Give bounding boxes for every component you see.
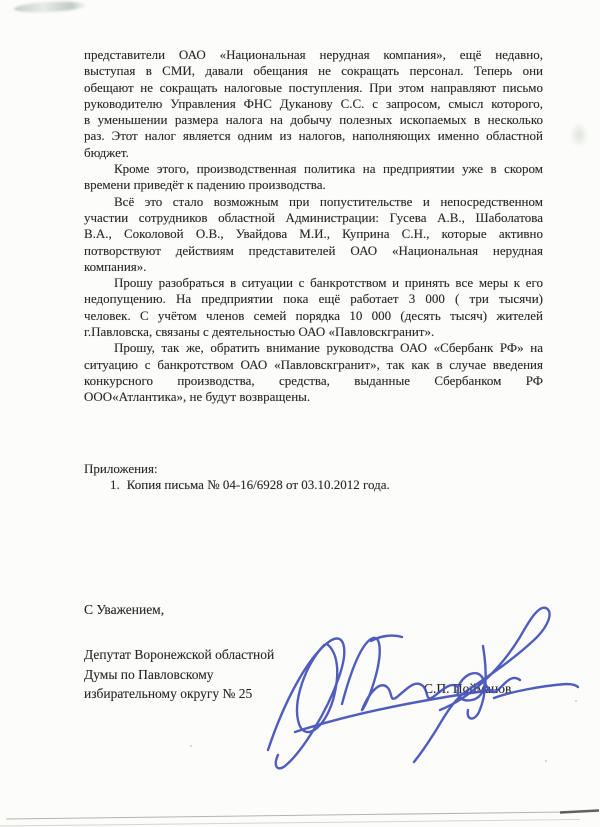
scan-speck — [575, 700, 577, 702]
signer-role-line: избирательному округу № 25 — [84, 684, 344, 704]
attachments-title: Приложения: — [84, 461, 554, 477]
scanned-letter-page: представители ОАО «Национальная нерудная… — [0, 0, 600, 827]
body-line: ООО«Атлантика», не будут возвращены. — [84, 389, 543, 405]
body-line: выступая в СМИ, давали обещания не сокра… — [84, 63, 543, 79]
attachment-item: 1.Копия письма № 04-16/6928 от 03.10.201… — [84, 477, 554, 493]
body-line: в уменьшении размера налога на добычу по… — [84, 112, 543, 128]
signer-name: С.П. Пойманов — [424, 681, 511, 697]
attachment-item-number: 1. — [110, 477, 120, 493]
signer-role-line: Депутат Воронежской областной — [84, 645, 344, 665]
body-line: Всё это стало возможным при попустительс… — [84, 194, 543, 210]
attachment-item-text: Копия письма № 04-16/6928 от 03.10.2012 … — [127, 477, 390, 492]
salutation: С Уважением, — [84, 601, 344, 619]
closing-block: С Уважением, Депутат Воронежской областн… — [84, 601, 344, 704]
body-line: руководителю Управления ФНС Дуканову С.С… — [84, 96, 543, 112]
body-line: Кроме этого, производственная политика н… — [84, 161, 543, 177]
attachments-section: Приложения: 1.Копия письма № 04-16/6928 … — [84, 461, 554, 494]
scan-smudge-top-left — [14, 0, 86, 14]
letter-body: представители ОАО «Национальная нерудная… — [84, 47, 543, 406]
body-line: времени приведёт к падению производства. — [84, 177, 543, 193]
body-line: г.Павловска, связаны с деятельностью ОАО… — [84, 324, 543, 340]
body-line: человек. С учётом членов семей порядка 1… — [84, 308, 543, 324]
body-line: представители ОАО «Национальная нерудная… — [84, 47, 543, 63]
body-line: ситуацию с банкротством ОАО «Павловскгра… — [84, 357, 543, 373]
body-line: Прошу, так же, обратить внимание руковод… — [84, 340, 543, 356]
body-line: недопущению. На предприятии пока ещё раб… — [84, 291, 543, 307]
body-line: конкурсного производства, средства, выда… — [84, 373, 543, 389]
body-line: раз. Этот налог является одним из налого… — [84, 128, 543, 144]
body-line: участии сотрудников областной Администра… — [84, 210, 543, 226]
scan-smudge-right-margin — [570, 122, 588, 148]
body-line: потворствуют действиям представителей ОА… — [84, 243, 543, 259]
body-line: бюджет. — [84, 145, 543, 161]
body-line: компания». — [84, 259, 543, 275]
scan-speck — [545, 760, 547, 762]
scan-speck — [190, 745, 192, 747]
body-line: Прошу разобраться в ситуации с банкротст… — [84, 275, 543, 291]
body-line: обещают не сокращать налоговые поступлен… — [84, 80, 543, 96]
signer-role: Депутат Воронежской областной Думы по Па… — [84, 645, 344, 704]
signer-role-line: Думы по Павловскому — [84, 665, 344, 685]
body-line: В.А., Соколовой О.В., Увайдова М.И., Куп… — [84, 226, 543, 242]
